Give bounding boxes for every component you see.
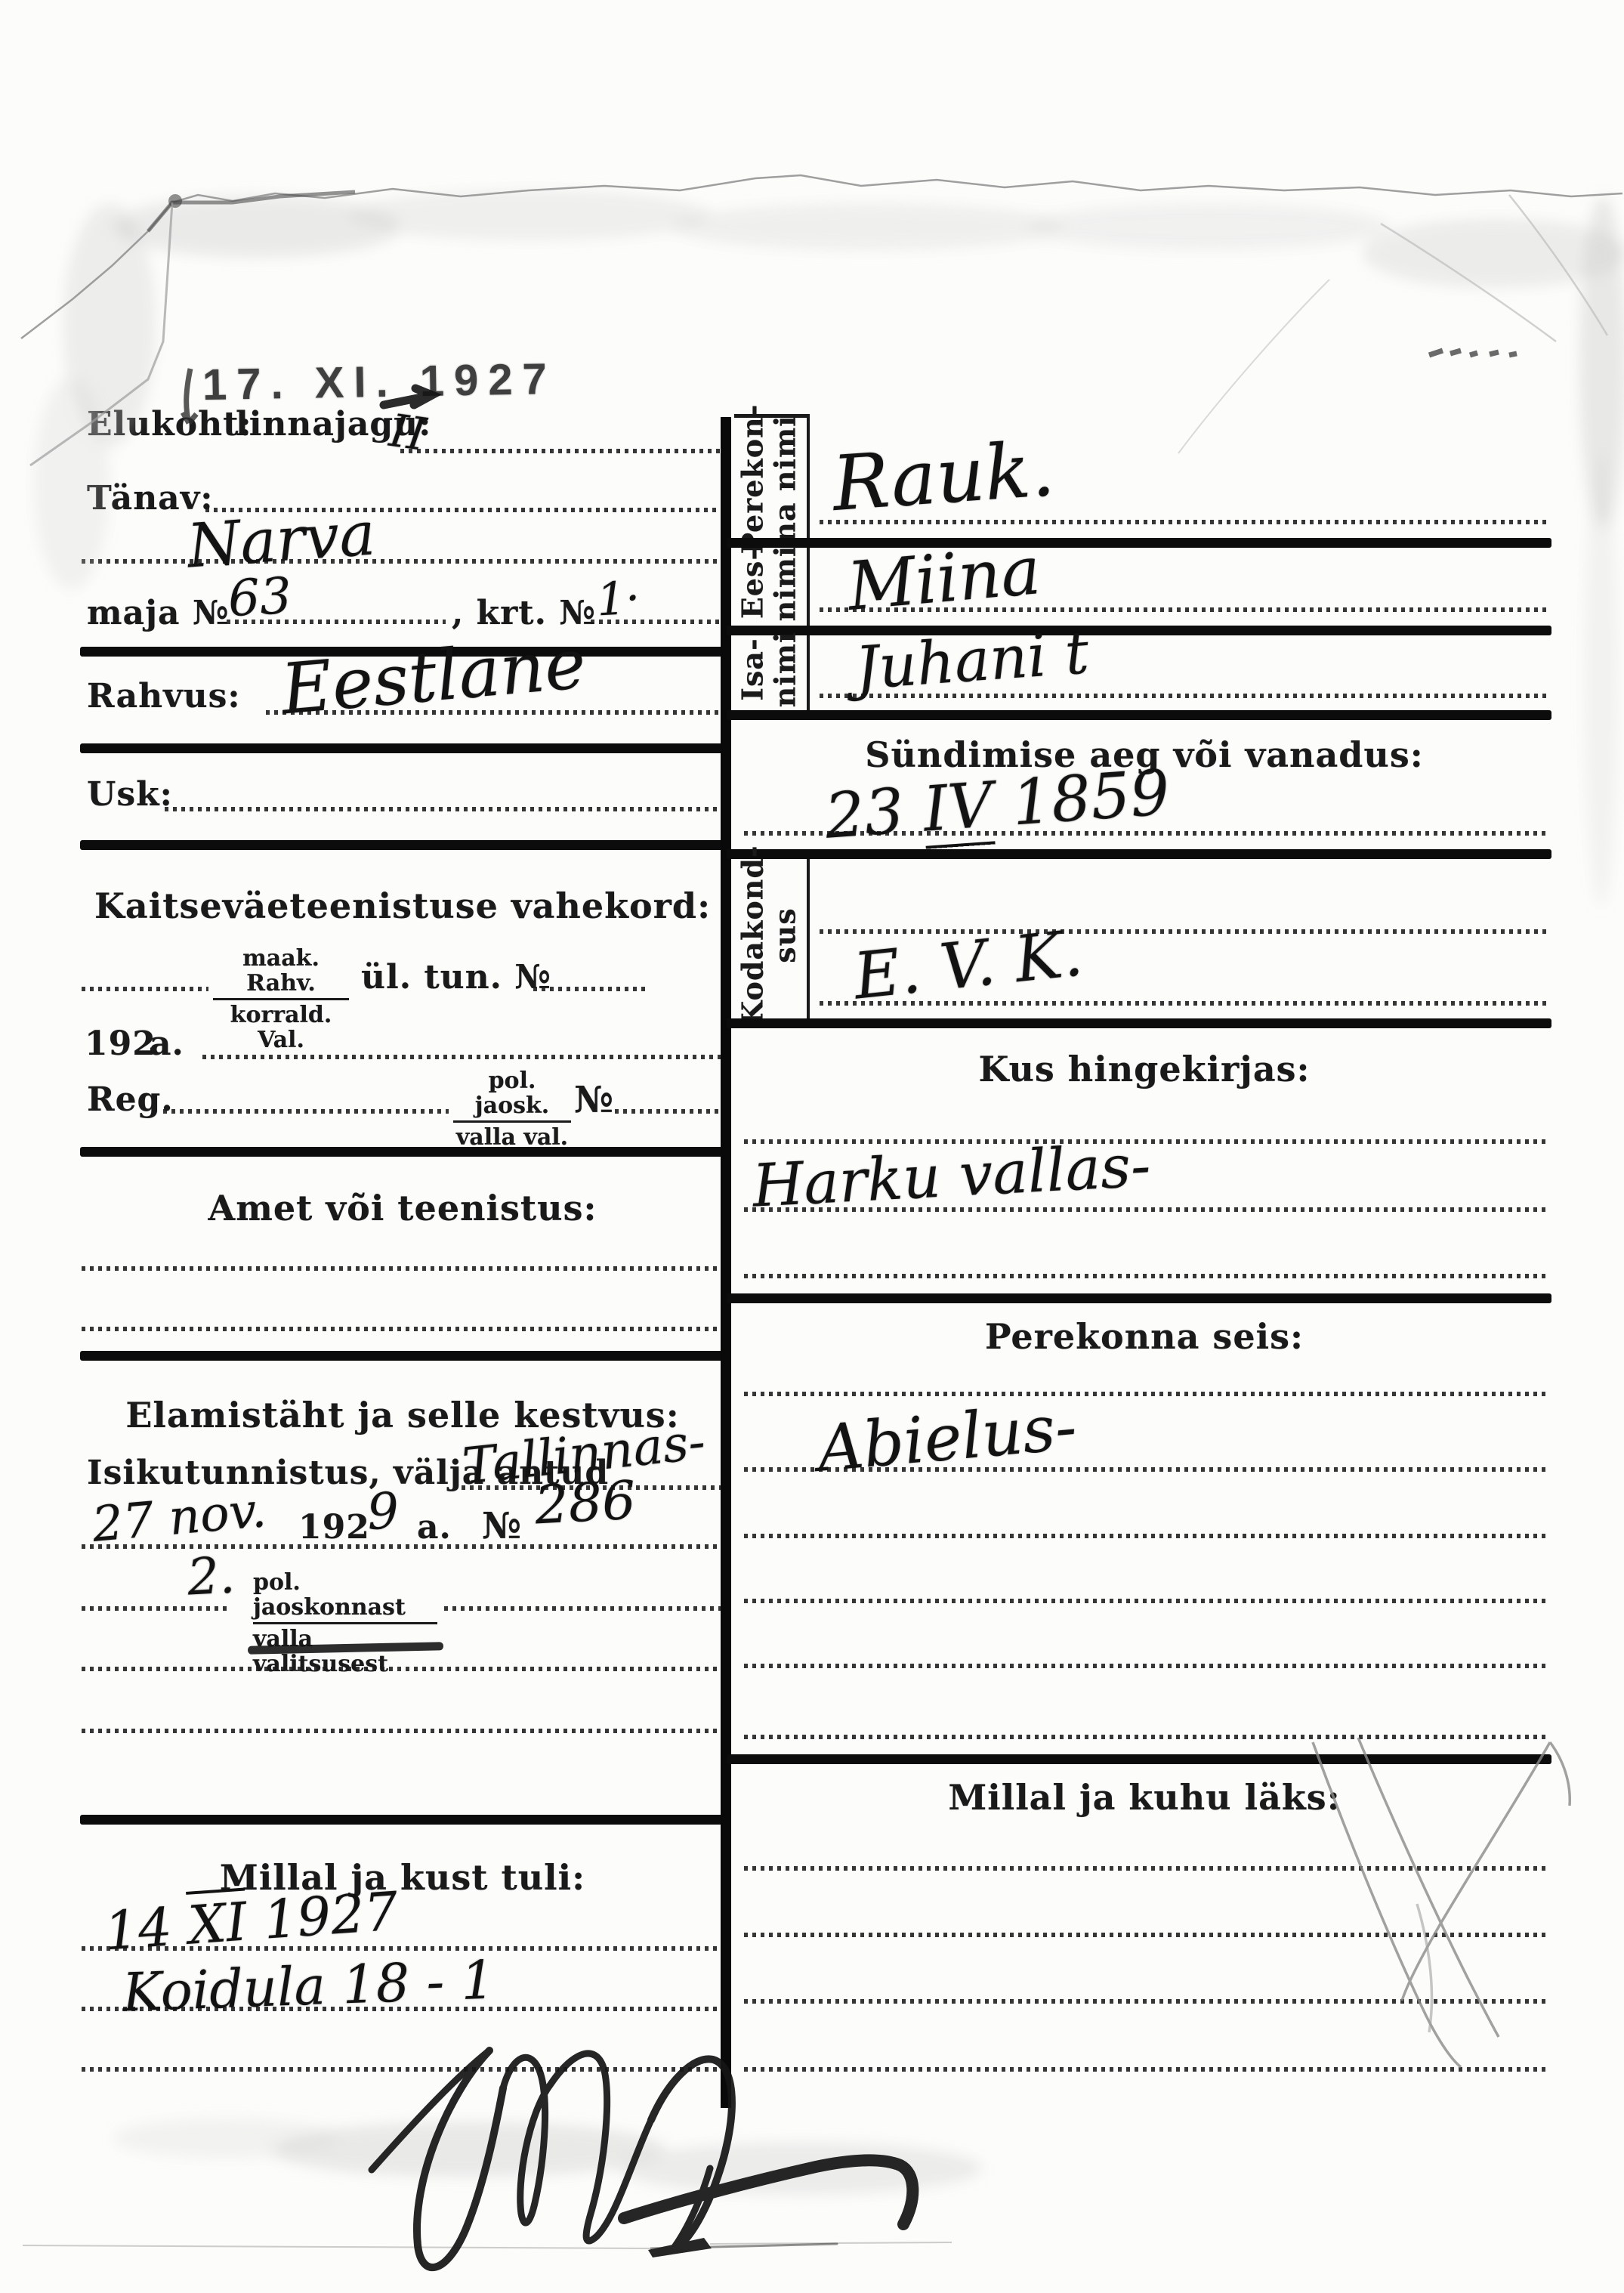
label-strip-rule [807,859,810,1018]
year-a-label: a. [150,1024,184,1063]
date-year-handwriting: 9 [366,1482,400,1541]
divider [80,1351,731,1361]
year-printed: 192 [85,1024,156,1063]
seis-heading: Perekonna seis: [985,1316,1304,1357]
tuli-value2-handwriting: Koidula 18 - 1 [122,1948,496,2023]
date-stamp: 17. XI. 1927 [202,354,557,410]
maja-label: maja № [87,594,230,632]
laks-heading: Millal ja kuhu läks: [948,1777,1340,1818]
kaitse-heading: Kaitseväeteenistuse vahekord: [94,885,711,926]
usk-label: Usk: [87,775,173,814]
laks-line-2 [744,1933,1547,1937]
date-no-value-handwriting: 286 [533,1469,638,1537]
maak-top: maak. Rahv. [213,946,349,1000]
amet-line-1 [82,1266,724,1271]
ul-tun-line [533,987,647,991]
pol-top: pol. jaosk. [453,1068,571,1123]
divider [727,538,1551,548]
reg-label: Reg. [87,1080,174,1119]
hingekirjas-heading: Kus hingekirjas: [978,1049,1310,1089]
seis-line-4 [744,1599,1547,1603]
amet-heading: Amet või teenistus: [208,1188,597,1228]
linnajagu-line [400,449,724,453]
maja-value-handwriting: 63 [227,567,293,628]
crease-line [1381,224,1556,341]
tanav-line-2 [82,559,724,564]
tuli-line-3 [82,2067,724,2072]
isanimi-label: Isa-nimi [736,632,801,708]
divider [727,626,1551,635]
crease-line [1178,280,1329,453]
date-day-handwriting: 27 nov. [90,1482,268,1553]
edge-fragment-marks [1429,351,1517,355]
jaosk-line-lead [82,1606,230,1611]
laks-line-4 [744,2067,1547,2072]
label-strip-rule [807,548,810,626]
divider [727,1293,1551,1303]
divider [727,1018,1551,1028]
bottom-edge [23,2242,952,2248]
date-a-label: a. [417,1508,452,1547]
maak-fraction: maak. Rahv. korrald. Val. [213,946,349,1052]
reg-line-tail [615,1109,724,1114]
kodakondsus-label: Kodakond-sus [736,845,801,1025]
usk-line [165,807,724,811]
blank-line [82,1729,724,1733]
registration-card-scan: 17. XI. 1927 Elukoht: linnajagu: II Täna… [0,0,1624,2293]
torn-edge-dark [148,192,355,231]
pol-bottom: valla val. [453,1123,571,1150]
divider [80,1815,731,1825]
laks-line-1 [744,1866,1547,1871]
divider [727,1754,1551,1764]
torn-edge [21,175,1622,338]
year-line [202,1055,724,1059]
reg-no-label: № [574,1079,614,1121]
label-strip-rule [807,416,810,539]
divider [80,743,731,753]
elukoht-label: Elukoht: [87,405,252,443]
ul-tun-label: ül. tun. № [361,958,551,997]
pencil-scribble [1313,1738,1570,2067]
jaosk-hand-handwriting: 2. [186,1546,236,1606]
hingekirjas-line-3 [744,1274,1547,1278]
jaosk-top: pol. jaoskonnast [253,1570,437,1624]
laks-line-3 [744,1999,1547,2004]
seis-line-5 [744,1664,1547,1668]
linnajagu-value-handwriting: II [386,404,429,462]
rahvus-label: Rahvus: [87,677,241,715]
reg-line-lead [163,1109,449,1114]
seis-line-3 [744,1534,1547,1538]
center-divider [721,417,731,2108]
maak-line-lead [82,987,208,991]
divider [80,840,731,850]
blank-line [82,1667,724,1671]
seis-line-1 [744,1392,1547,1396]
divider [727,710,1551,720]
pol-fraction: pol. jaosk. valla val. [453,1068,571,1150]
divider [80,1147,731,1157]
eesnimi-label: Ees-nimi [736,545,801,622]
amet-line-2 [82,1327,724,1331]
seis-line-6 [744,1735,1547,1739]
perekonnanimi-label: Perekon-na nimi [736,403,801,554]
maak-bottom: korrald. Val. [213,1000,349,1052]
crease-line [1509,195,1607,335]
perekonnanimi-value-handwriting: Rauk. [829,425,1057,528]
date-year-printed: 192 [298,1508,370,1547]
jaosk-line-tail [444,1606,724,1611]
jaosk-fraction: pol. jaoskonnast valla valitsusest [253,1570,437,1676]
label-strip-rule [807,635,810,710]
signature [372,2050,912,2267]
date-no-label: № [482,1505,522,1547]
tear-blot [168,194,182,208]
krt-value-handwriting: 1· [595,572,641,627]
